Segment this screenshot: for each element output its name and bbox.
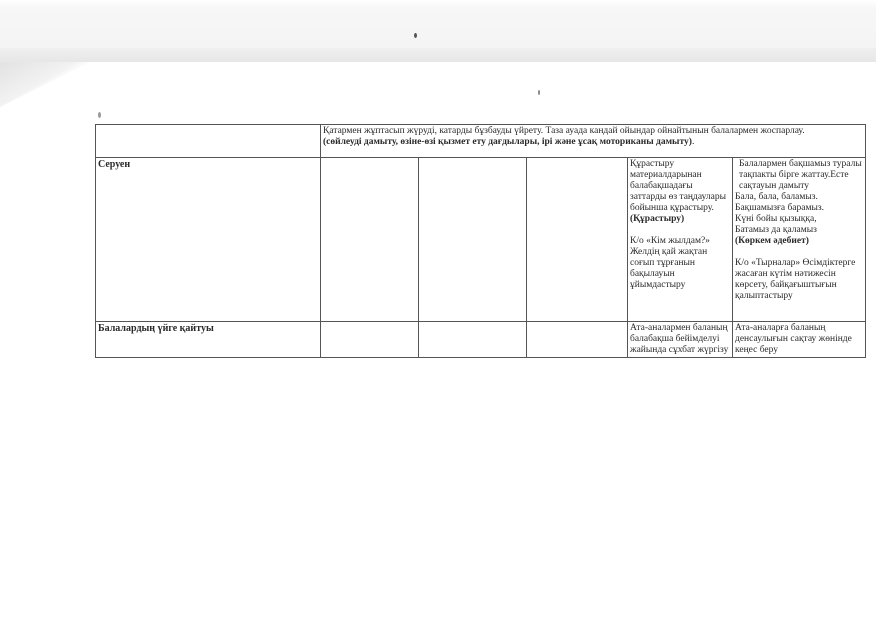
row-label-going-home: Балалардың үйге қайтуы [96, 322, 321, 358]
scan-top-margin [0, 0, 876, 48]
walk-day4-p1: Құрастыру материалдарынан балабақшадағы … [630, 159, 730, 214]
row-label-walk: Серуен [96, 158, 321, 322]
intro-empty-cell [96, 125, 321, 158]
going-home-day5: Ата-аналарға баланың денсаулығын сақтау … [733, 322, 866, 358]
empty-cell [527, 322, 628, 358]
walk-day5-p2-bold: (Көркем әдебиет) [735, 236, 863, 247]
intro-end: . [692, 137, 694, 147]
empty-cell [321, 158, 419, 322]
scan-shadow-band [0, 48, 876, 63]
intro-bold-text: (сөйлеуді дамыту, өзіне-өзі қызмет ету д… [323, 137, 692, 147]
empty-cell [419, 322, 527, 358]
scan-speck [538, 90, 540, 95]
walk-day5-p2: Бала, бала, баламыз. Бақшамызға барамыз.… [735, 192, 863, 236]
walk-day4-p1-bold: (Құрастыру) [630, 214, 730, 225]
scan-speck [98, 112, 101, 118]
intro-cell: Қатармен жұптасып жүруді, катарды бұзбау… [321, 125, 866, 158]
table-row-going-home: Балалардың үйге қайтуы Ата-аналармен бал… [96, 322, 866, 358]
empty-cell [419, 158, 527, 322]
walk-day5-p3: К/о «Тырналар» Өсімдіктерге жасаған күті… [735, 258, 863, 302]
table-row-walk: Серуен Құрастыру материалдарынан балабақ… [96, 158, 866, 322]
walk-day5-p1: Балалармен бақшамыз туралы тақпакты бірг… [735, 159, 863, 192]
empty-cell [321, 322, 419, 358]
intro-row: Қатармен жұптасып жүруді, катарды бұзбау… [96, 125, 866, 158]
scan-speck [414, 33, 417, 38]
walk-activity-day4: Құрастыру материалдарынан балабақшадағы … [628, 158, 733, 322]
plan-table: Қатармен жұптасып жүруді, катарды бұзбау… [95, 124, 866, 358]
empty-cell [527, 158, 628, 322]
walk-day4-p2: К/о «Кім жылдам?» Желдің қай жақтан соғы… [630, 236, 730, 291]
intro-text: Қатармен жұптасып жүруді, катарды бұзбау… [323, 126, 805, 136]
walk-activity-day5: Балалармен бақшамыз туралы тақпакты бірг… [733, 158, 866, 322]
going-home-day4: Ата-аналармен баланың балабақша бейімдел… [628, 322, 733, 358]
